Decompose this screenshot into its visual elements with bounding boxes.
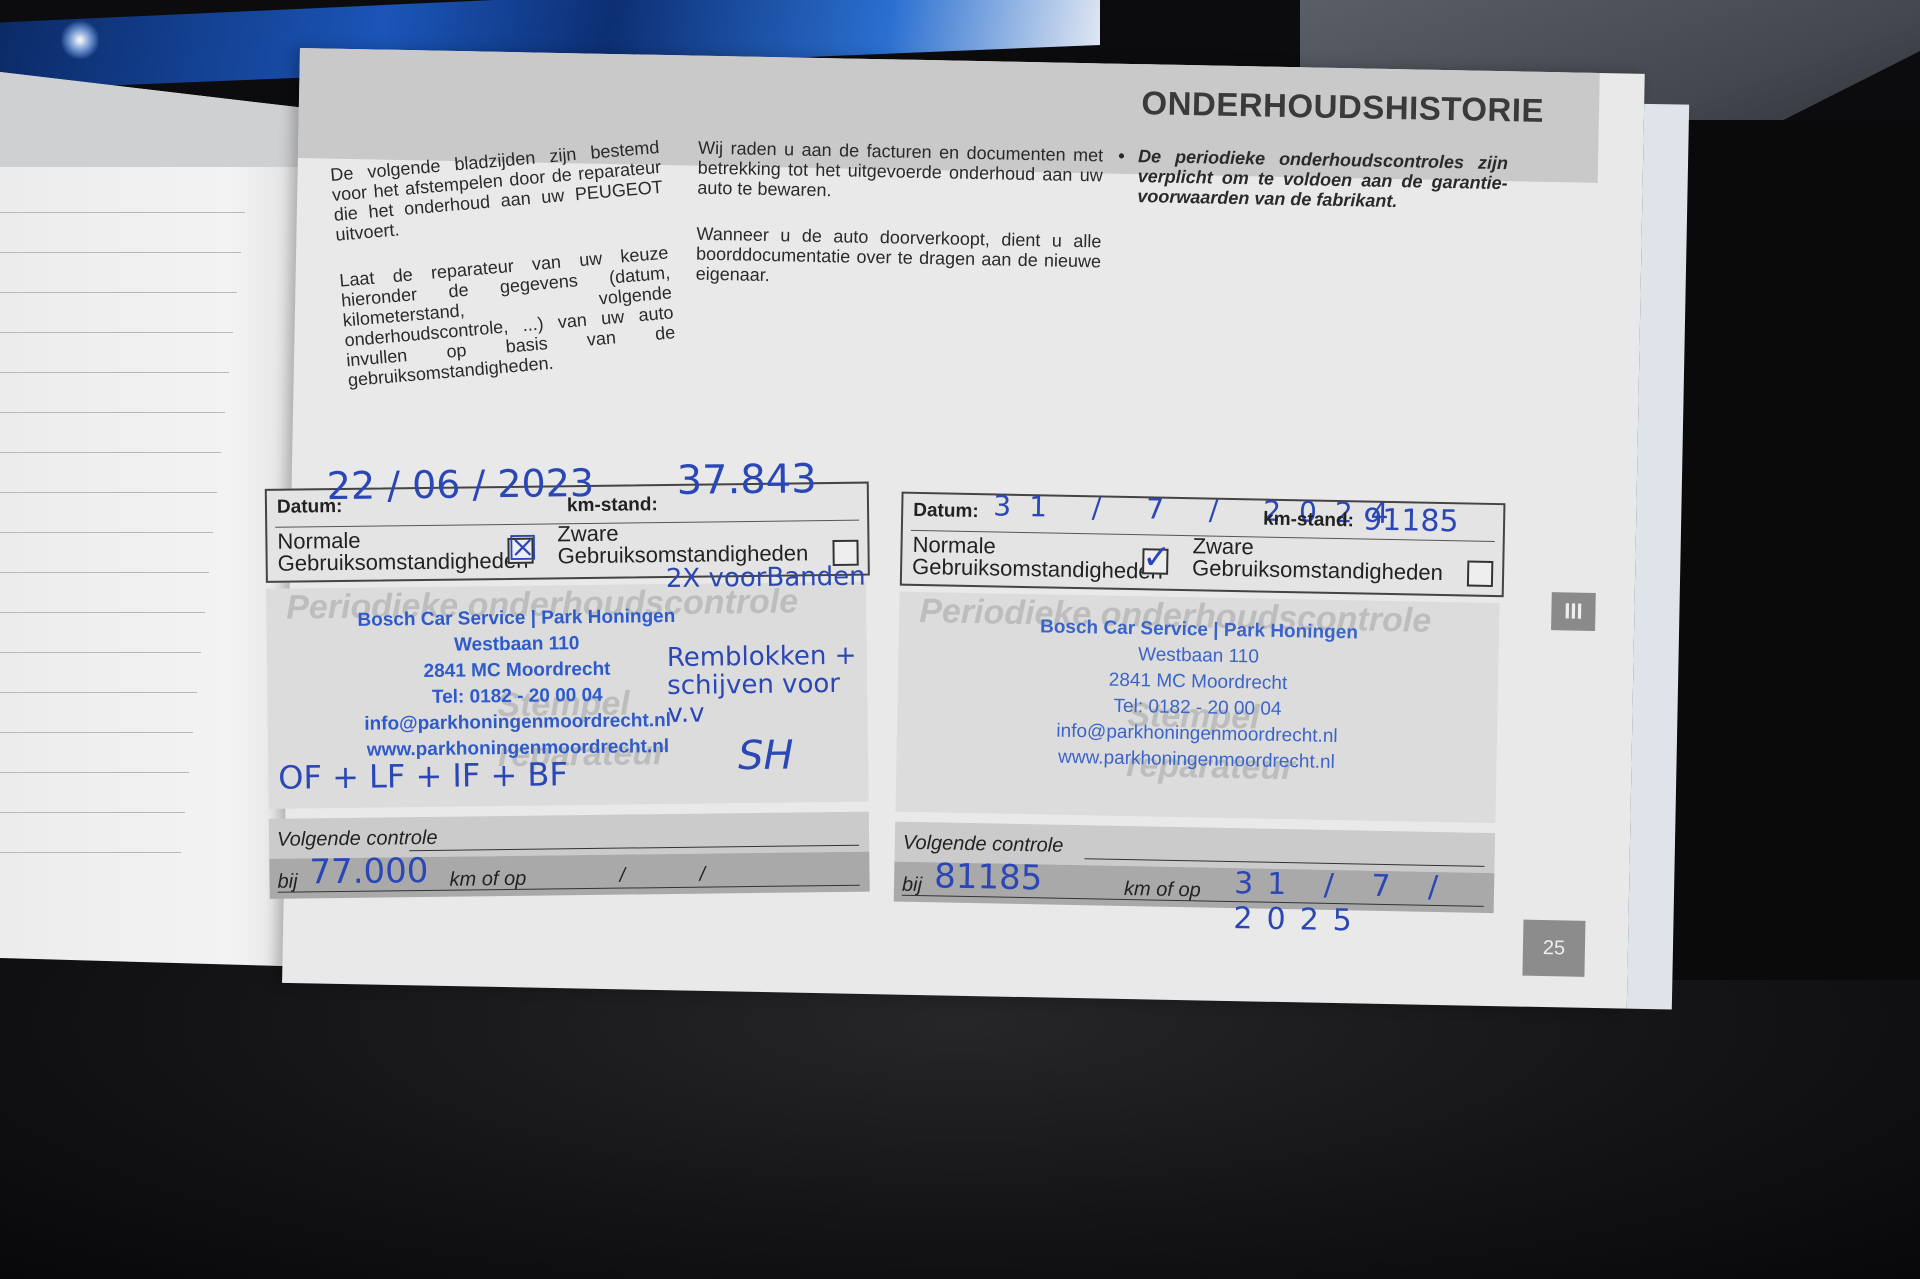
handwritten-note: 2X voorBanden bbox=[666, 562, 866, 594]
next-control-values: bij 81185 km of op 31 / 7 / 2025 bbox=[894, 862, 1495, 914]
maintenance-entry-1: Datum: 22 / 06 / 2023 km-stand: 37.843 N… bbox=[265, 482, 870, 929]
normale-label: Normale Gebruiksomstandigheden bbox=[277, 528, 498, 575]
date-separator: / bbox=[619, 865, 625, 888]
ruled-line bbox=[0, 572, 209, 573]
ruled-line bbox=[0, 532, 213, 533]
entry-date[interactable]: 22 / 06 / 2023 bbox=[326, 461, 594, 508]
intro-column-3: • De periodieke onderhoudscontroles zijn… bbox=[1137, 146, 1509, 239]
intro-paragraph: Laat de reparateur van uw keuze hieronde… bbox=[339, 243, 678, 391]
maintenance-entry-2: Datum: 31 / 7 / 2024 km-stand: 91185 Nor… bbox=[893, 492, 1501, 943]
zware-checkbox[interactable] bbox=[1467, 561, 1493, 587]
handwritten-note: OF + LF + IF + BF bbox=[278, 755, 568, 797]
dealer-stamp: Bosch Car Service | Park Honingen Westba… bbox=[986, 613, 1409, 777]
underline bbox=[409, 845, 859, 851]
page-title: ONDERHOUDSHISTORIE bbox=[1141, 84, 1544, 130]
ruled-line bbox=[0, 732, 193, 733]
ruled-line bbox=[0, 372, 229, 373]
page-number: 25 bbox=[1522, 920, 1585, 977]
warranty-note: De periodieke onderhoudscontroles zijn v… bbox=[1137, 146, 1508, 213]
volgende-controle-label: Volgende controle bbox=[277, 827, 438, 852]
check-mark-icon: ✓ bbox=[1142, 546, 1171, 569]
next-km[interactable]: 77.000 bbox=[309, 851, 428, 892]
ruled-line bbox=[0, 812, 185, 813]
date-box: Datum: 31 / 7 / 2024 km-stand: 91185 Nor… bbox=[900, 492, 1506, 598]
ruled-line bbox=[0, 492, 217, 493]
signature: SH bbox=[738, 732, 794, 779]
km-stand-label: km-stand: bbox=[1263, 509, 1354, 533]
ruled-line bbox=[0, 612, 205, 613]
dealer-stamp: Bosch Car Service | Park Honingen Westba… bbox=[306, 603, 728, 764]
ruled-line bbox=[0, 212, 245, 213]
zware-label: Zware Gebruiksomstandigheden bbox=[557, 520, 818, 567]
left-page-header-band bbox=[0, 72, 330, 167]
ruled-line bbox=[0, 292, 237, 293]
right-page: ONDERHOUDSHISTORIE De volgende bladzijde… bbox=[282, 48, 1645, 1009]
datum-label: Datum: bbox=[913, 500, 979, 523]
entry-km-stand[interactable]: 37.843 bbox=[676, 456, 817, 504]
light-glow bbox=[60, 20, 100, 60]
stamp-area: Periodieke onderhoudscontrole Stempel re… bbox=[895, 592, 1499, 823]
km-stand-label: km-stand: bbox=[567, 494, 658, 517]
stamp-area: Periodieke onderhoudscontrole Stempel re… bbox=[266, 582, 869, 809]
ruled-line bbox=[0, 652, 201, 653]
ruled-line bbox=[0, 852, 181, 853]
intro-column-1: De volgende bladzijden zijn bestemd voor… bbox=[330, 137, 680, 416]
date-separator: / bbox=[699, 864, 705, 887]
intro-paragraph: Wanneer u de auto doorverkoopt, dient u … bbox=[696, 224, 1102, 292]
ruled-line bbox=[0, 452, 221, 453]
bij-label: bij bbox=[277, 871, 297, 894]
ruled-line bbox=[0, 252, 241, 253]
next-control-values: bij 77.000 km of op / / bbox=[269, 852, 869, 899]
handwritten-note: Remblokken + schijven voor v.v bbox=[667, 641, 878, 728]
check-mark-icon: ☒ bbox=[507, 538, 538, 560]
volgende-controle-label: Volgende controle bbox=[903, 832, 1064, 858]
ruled-line bbox=[0, 772, 189, 773]
intro-paragraph: Wij raden u aan de facturen en documente… bbox=[697, 138, 1103, 206]
dealer-name: Bosch Car Service | Park Honingen bbox=[306, 603, 726, 634]
ruled-line bbox=[0, 332, 233, 333]
zware-label: Zware Gebruiksomstandigheden bbox=[1192, 535, 1453, 584]
intro-column-2: Wij raden u aan de facturen en documente… bbox=[695, 138, 1103, 318]
normale-label: Normale Gebruiksomstandigheden bbox=[912, 534, 1143, 582]
ruled-line bbox=[0, 692, 197, 693]
ruled-line bbox=[0, 412, 225, 413]
section-tab[interactable]: III bbox=[1551, 592, 1596, 631]
bij-label: bij bbox=[902, 874, 922, 897]
next-km[interactable]: 81185 bbox=[934, 856, 1043, 898]
bullet-icon: • bbox=[1118, 146, 1125, 166]
entry-km-stand[interactable]: 91185 bbox=[1363, 502, 1459, 539]
